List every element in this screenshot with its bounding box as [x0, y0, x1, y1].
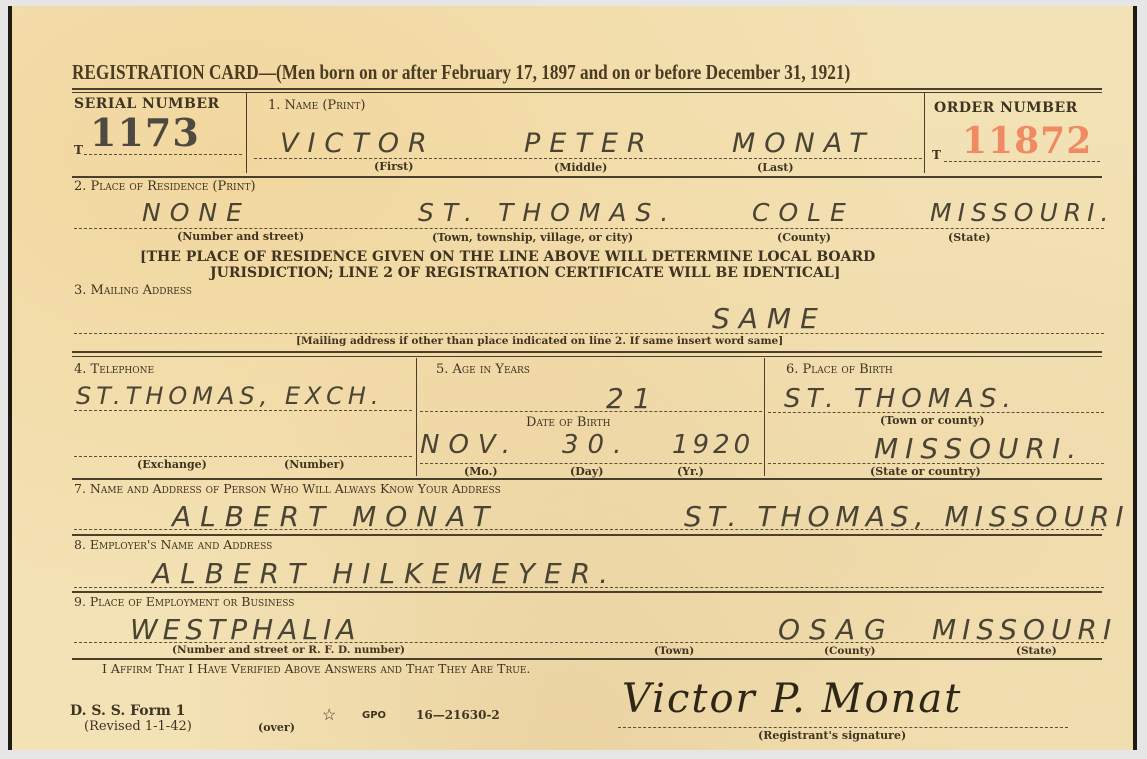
dotted-line	[420, 463, 762, 464]
dotted-line	[768, 463, 1104, 464]
dotted-line	[74, 642, 1104, 643]
registration-card: REGISTRATION CARD—(Men born on or after …	[8, 6, 1137, 750]
form-number: D. S. S. Form 1	[70, 703, 185, 719]
residence-street-value: NONE	[142, 198, 251, 227]
affirmation-text: I Affirm That I Have Verified Above Answ…	[102, 661, 530, 676]
order-number-value: 11872	[962, 120, 1092, 162]
first-name-value: VICTOR	[280, 128, 436, 159]
dob-month-value: NOV.	[420, 430, 519, 460]
mailing-value: SAME	[712, 302, 827, 335]
state-or-country-caption: (State or country)	[870, 465, 981, 478]
divider	[72, 591, 1102, 593]
divider	[72, 356, 1102, 357]
birthplace-town-value: ST. THOMAS.	[784, 384, 1017, 414]
residence-county-value: COLE	[752, 198, 855, 227]
residence-label: 2. Place of Residence (Print)	[74, 179, 256, 194]
serial-prefix: T	[74, 143, 83, 157]
signature-line	[618, 727, 1068, 728]
day-caption: (Day)	[570, 465, 603, 478]
residence-state-value: MISSOURI.	[930, 198, 1114, 227]
middle-caption: (Middle)	[554, 161, 607, 174]
divider	[72, 658, 1102, 660]
divider	[72, 534, 1102, 536]
divider	[246, 93, 247, 173]
divider	[416, 358, 417, 476]
star-icon: ☆	[322, 705, 336, 724]
card-title: REGISTRATION CARD—(Men born on or after …	[72, 60, 850, 85]
order-number-label: ORDER NUMBER	[934, 100, 1078, 116]
signature-caption: (Registrant's signature)	[758, 729, 906, 742]
divider	[72, 351, 1102, 353]
street-caption: (Number and street)	[177, 230, 304, 243]
year-caption: (Yr.)	[677, 465, 704, 478]
serial-number-value: 1173	[90, 110, 200, 155]
month-caption: (Mo.)	[464, 465, 498, 478]
dotted-line	[254, 158, 922, 159]
last-caption: (Last)	[757, 161, 794, 174]
employment-label: 9. Place of Employment or Business	[74, 594, 294, 609]
age-label: 5. Age in Years	[436, 362, 530, 377]
residence-notice-line1: [THE PLACE OF RESIDENCE GIVEN ON THE LIN…	[140, 249, 875, 265]
employer-label: 8. Employer's Name and Address	[74, 537, 272, 552]
registrant-signature: Victor P. Monat	[622, 676, 962, 722]
gpo-label: GPO	[362, 710, 386, 721]
divider	[72, 88, 1102, 90]
divider	[72, 176, 1102, 178]
telephone-value: ST.THOMAS, EXCH.	[76, 382, 384, 410]
dotted-line	[74, 410, 412, 411]
dotted-line	[768, 412, 1104, 413]
town-caption: (Town, township, village, or city)	[432, 231, 633, 244]
name-label: 1. Name (Print)	[268, 98, 365, 113]
birthplace-label: 6. Place of Birth	[786, 362, 893, 377]
last-name-value: MONAT	[732, 128, 875, 159]
dob-day-value: 30.	[562, 430, 630, 460]
dotted-line	[74, 228, 1104, 229]
dotted-line	[420, 411, 762, 412]
dob-year-value: 1920	[672, 430, 754, 460]
employment-state-caption: (State)	[1016, 645, 1057, 657]
residence-town-value: ST. THOMAS.	[418, 198, 677, 227]
residence-notice-line2: JURISDICTION; LINE 2 OF REGISTRATION CER…	[210, 265, 840, 281]
order-prefix: T	[932, 148, 941, 162]
first-caption: (First)	[374, 160, 413, 173]
divider	[72, 478, 1102, 480]
town-or-county-caption: (Town or county)	[880, 414, 984, 427]
gpo-number: 16—21630-2	[416, 708, 500, 722]
dotted-line	[74, 529, 1104, 530]
employment-street-caption: (Number and street or R. F. D. number)	[172, 644, 405, 656]
divider	[764, 358, 765, 476]
employer-value: ALBERT HILKEMEYER.	[152, 557, 617, 590]
dotted-line	[74, 333, 1104, 334]
dotted-line	[84, 154, 242, 155]
mailing-caption: [Mailing address if other than place ind…	[296, 335, 783, 347]
birthplace-state-value: MISSOURI.	[874, 432, 1083, 465]
over-note: (over)	[258, 721, 295, 734]
dotted-line	[944, 161, 1100, 162]
exchange-caption: (Exchange)	[137, 458, 207, 471]
middle-name-value: PETER	[524, 128, 655, 159]
contact-label: 7. Name and Address of Person Who Will A…	[74, 481, 501, 496]
divider	[924, 93, 925, 173]
dob-label: Date of Birth	[526, 415, 610, 430]
employment-town-caption: (Town)	[654, 645, 694, 657]
county-caption: (County)	[777, 231, 831, 244]
form-revised-date: (Revised 1-1-42)	[84, 719, 192, 734]
dotted-line	[74, 456, 412, 457]
employment-county-caption: (County)	[824, 645, 876, 657]
mailing-label: 3. Mailing Address	[74, 283, 192, 298]
telephone-label: 4. Telephone	[74, 362, 154, 377]
divider	[72, 92, 1102, 93]
state-caption: (State)	[948, 231, 991, 244]
dotted-line	[74, 587, 1104, 588]
number-caption: (Number)	[284, 458, 345, 471]
